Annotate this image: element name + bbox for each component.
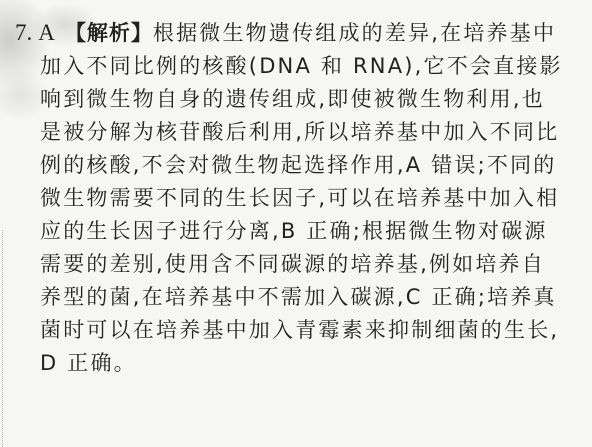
explanation-line-6: 微生物需要不同的生长因子,可以在培养基中加入相 — [40, 185, 559, 211]
explanation-line-1: 7.A【解析】根据微生物遗传组成的差异,在培养基中 — [15, 20, 556, 46]
explanation-line-11: D 正确。 — [40, 350, 137, 376]
answer-choice: A — [38, 20, 55, 45]
line-text: 根据微生物遗传组成的差异,在培养基中 — [153, 21, 556, 45]
analysis-tag: 【解析】 — [65, 21, 153, 45]
explanation-line-10: 菌时可以在培养基中加入青霉素来抑制细菌的生长, — [40, 317, 559, 343]
explanation-line-7: 应的生长因子进行分离,B 正确;根据微生物对碳源 — [40, 218, 548, 244]
explanation-line-3: 响到微生物自身的遗传组成,即使被微生物利用,也 — [40, 86, 545, 112]
page-edge-divider — [2, 230, 3, 447]
explanation-line-4: 是被分解为核苷酸后利用,所以培养基中加入不同比 — [40, 119, 559, 145]
explanation-line-9: 养型的菌,在培养基中不需加入碳源,C 正确;培养真 — [40, 284, 557, 310]
scanned-page: 7.A【解析】根据微生物遗传组成的差异,在培养基中 加入不同比例的核酸(DNA … — [0, 0, 592, 447]
explanation-line-5: 例的核酸,不会对微生物起选择作用,A 错误;不同的 — [40, 152, 556, 178]
explanation-line-2: 加入不同比例的核酸(DNA 和 RNA),它不会直接影 — [40, 53, 563, 79]
question-number: 7. — [15, 20, 32, 45]
explanation-line-8: 需要的差别,使用含不同碳源的培养基,例如培养自 — [40, 251, 545, 277]
